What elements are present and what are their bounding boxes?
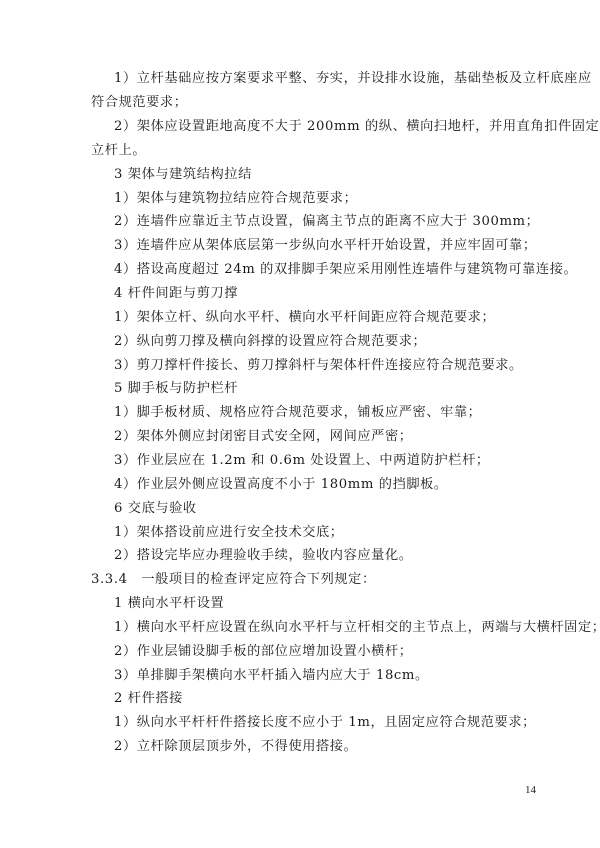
- text-line: 1）架体搭设前应进行安全技术交底；: [114, 524, 344, 542]
- text-line: 3）作业层应在 1.2m 和 0.6m 处设置上、中两道防护栏杆；: [114, 452, 490, 470]
- text-line: 2）连墙件应靠近主节点设置，偏离主节点的距离不应大于 300mm；: [114, 213, 539, 231]
- section-heading: 4 杆件间距与剪刀撑: [114, 285, 238, 303]
- section-heading: 3 架体与建筑结构拉结: [114, 166, 252, 184]
- text-line: 4）作业层外侧应设置高度不小于 180mm 的挡脚板。: [114, 476, 448, 494]
- text-line: 1）横向水平杆应设置在纵向水平杆与立杆相交的主节点上，两端与大横杆固定；: [114, 619, 600, 637]
- text-line: 符合规范要求；: [91, 94, 188, 112]
- text-line: 1）立杆基础应按方案要求平整、夯实，并设排水设施，基础垫板及立杆底座应: [114, 70, 592, 88]
- section-heading: 2 杆件搭接: [114, 690, 183, 708]
- text-line: 1）纵向水平杆杆件搭接长度不应小于 1m，且固定应符合规范要求；: [114, 714, 536, 732]
- text-line: 1）架体与建筑物拉结应符合规范要求；: [114, 190, 357, 208]
- text-line: 2）纵向剪刀撑及横向斜撑的设置应符合规范要求；: [114, 333, 426, 351]
- text-line: 2）架体外侧应封闭密目式安全网，网间应严密；: [114, 428, 413, 446]
- text-line: 2）架体应设置距地高度不大于 200mm 的纵、横向扫地杆，并用直角扣件固定在: [114, 118, 600, 136]
- text-line: 3）连墙件应从架体底层第一步纵向水平杆开始设置，并应牢固可靠；: [114, 237, 537, 255]
- section-heading: 6 交底与验收: [114, 500, 197, 518]
- text-line: 3）单排脚手架横向水平杆插入墙内应大于 18cm。: [114, 667, 429, 685]
- text-line: 立杆上。: [91, 142, 146, 160]
- section-heading: 1 横向水平杆设置: [114, 595, 224, 613]
- page-number: 14: [525, 784, 536, 796]
- text-line: 2）搭设完毕应办理验收手续，验收内容应量化。: [114, 547, 413, 565]
- clause-heading: 3.3.4 一般项目的检查评定应符合下列规定：: [91, 571, 376, 589]
- text-line: 1）脚手板材质、规格应符合规范要求，铺板应严密、牢靠；: [114, 404, 481, 422]
- text-line: 3）剪刀撑杆件接长、剪刀撑斜杆与架体杆件连接应符合规范要求。: [114, 357, 523, 375]
- text-line: 1）架体立杆、纵向水平杆、横向水平杆间距应符合规范要求；: [114, 309, 495, 327]
- document-page: 1）立杆基础应按方案要求平整、夯实，并设排水设施，基础垫板及立杆底座应 符合规范…: [0, 0, 600, 848]
- text-line: 4）搭设高度超过 24m 的双排脚手架应采用刚性连墙件与建筑物可靠连接。: [114, 261, 577, 279]
- text-line: 2）立杆除顶层顶步外，不得使用搭接。: [114, 738, 357, 756]
- text-line: 2）作业层铺设脚手板的部位应增加设置小横杆；: [114, 643, 413, 661]
- section-heading: 5 脚手板与防护栏杆: [114, 380, 238, 398]
